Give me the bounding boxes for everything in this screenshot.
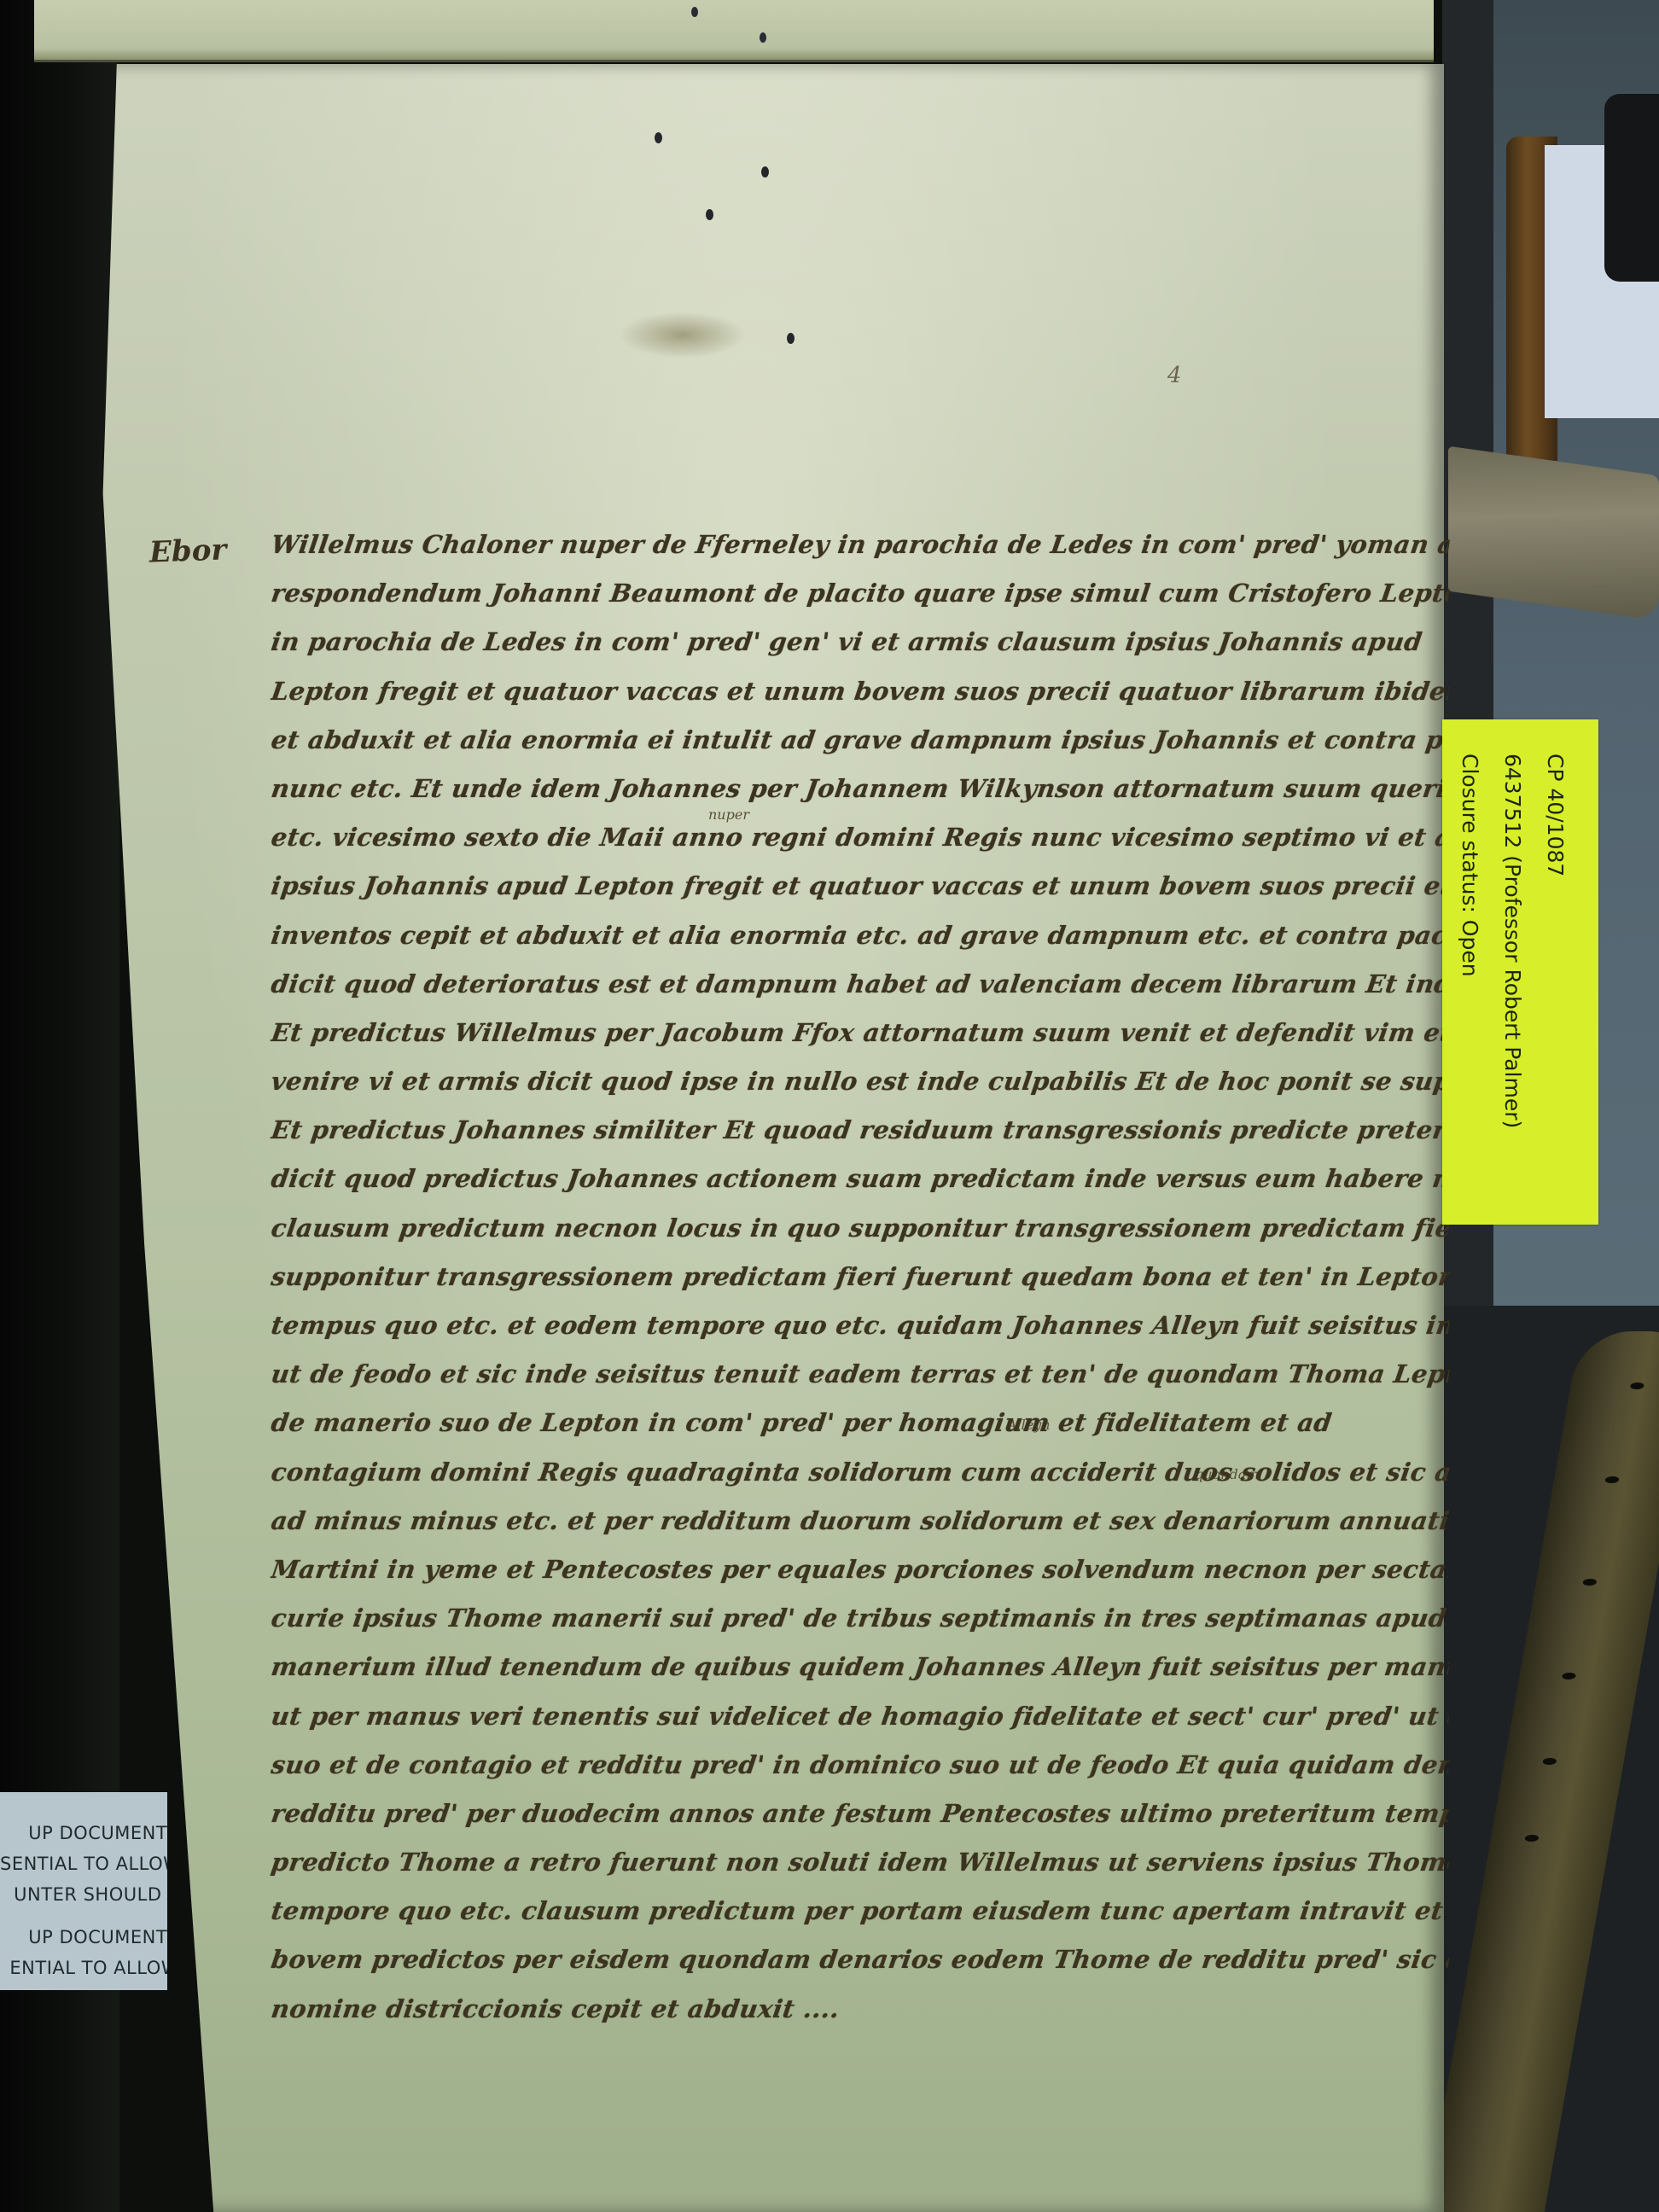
manuscript-line: bovem predictos per eisdem quondam denar…	[268, 1935, 1452, 1984]
margin-county-note: Ebor	[148, 533, 227, 569]
manuscript-line: tempore quo etc. clausum predictum per p…	[268, 1887, 1452, 1935]
manuscript-line: Martini in yeme et Pentecostes per equal…	[268, 1545, 1452, 1594]
manuscript-line: ipsius Johannis apud Lepton fregit et qu…	[268, 862, 1452, 911]
document-reference: CP 40/1087	[1534, 754, 1576, 1225]
manuscript-line: inventos cepit et abduxit et alia enormi…	[268, 911, 1452, 960]
strap-hole	[1630, 1382, 1644, 1389]
image-id-credit: 6437512 (Professor Robert Palmer)	[1491, 754, 1534, 1225]
strap-hole	[1542, 1758, 1557, 1765]
folio-number: 4	[1167, 363, 1182, 388]
notice-line: UNTER SHOULD YO	[0, 1983, 167, 1990]
manuscript-line: dicit quod predictus Johannes actionem s…	[268, 1155, 1452, 1203]
manuscript-line: supponitur transgressionem predictam fie…	[268, 1253, 1452, 1301]
manuscript-line: dicit quod deterioratus est et dampnum h…	[268, 960, 1452, 1009]
manuscript-line: in parochia de Ledes in com' pred' gen' …	[268, 618, 1452, 667]
manuscript-line: respondendum Johanni Beaumont de placito…	[268, 569, 1452, 618]
pin-hole	[761, 166, 769, 178]
manuscript-line: ut de feodo et sic inde seisitus tenuit …	[268, 1350, 1452, 1399]
manuscript-line: ut per manus veri tenentis sui videlicet…	[268, 1692, 1452, 1741]
manuscript-line: de manerio suo de Lepton in com' pred' p…	[268, 1399, 1452, 1447]
strap-hole	[1582, 1579, 1597, 1586]
manuscript-line: ad minus minus etc. et per redditum duor…	[268, 1497, 1452, 1545]
manuscript-line: suo et de contagio et redditu pred' in d…	[268, 1741, 1452, 1790]
archive-reference-label: CP 40/1087 6437512 (Professor Robert Pal…	[1442, 719, 1598, 1225]
notice-line: ENTIAL TO ALLOW	[0, 1953, 167, 1983]
strap-hole	[1524, 1835, 1539, 1842]
upper-membrane-roll	[34, 0, 1434, 62]
manuscript-line: Willelmus Chaloner nuper de Fferneley in…	[268, 521, 1452, 569]
parchment-stain	[619, 311, 747, 358]
dark-object	[1604, 94, 1659, 282]
pin-hole	[706, 209, 713, 220]
manuscript-line: venire vi et armis dicit quod ipse in nu…	[268, 1057, 1452, 1106]
manuscript-line: nunc etc. Et unde idem Johannes per Joha…	[268, 765, 1452, 813]
manuscript-line: Lepton fregit et quatuor vaccas et unum …	[268, 667, 1452, 716]
manuscript-line: redditu pred' per duodecim annos ante fe…	[268, 1790, 1452, 1838]
manuscript-line: etc. vicesimo sexto die Maii anno regni …	[268, 813, 1452, 862]
manuscript-line: tempus quo etc. et eodem tempore quo etc…	[268, 1301, 1452, 1350]
notice-line: UNTER SHOULD Y	[0, 1879, 167, 1910]
manuscript-line: Et predictus Willelmus per Jacobum Ffox …	[268, 1009, 1452, 1057]
strap-hole	[1604, 1476, 1619, 1483]
pin-hole	[787, 333, 795, 344]
folded-parchment-tag	[1448, 446, 1659, 621]
pin-hole	[691, 7, 698, 17]
manuscript-line: Et predictus Johannes similiter Et quoad…	[268, 1106, 1452, 1155]
pin-hole	[760, 32, 766, 43]
manuscript-line: nomine districcionis cepit et abduxit ..…	[268, 1985, 1452, 2034]
notice-line: UP DOCUMENTS	[0, 1818, 167, 1848]
closure-status: Closure status: Open	[1448, 754, 1491, 1225]
manuscript-line: curie ipsius Thome manerii sui pred' de …	[268, 1594, 1452, 1643]
manuscript-line: contagium domini Regis quadraginta solid…	[268, 1448, 1452, 1497]
manuscript-line: manerium illud tenendum de quibus quidem…	[268, 1643, 1452, 1691]
notice-line: UP DOCUMENTS	[0, 1922, 167, 1953]
pin-hole	[655, 132, 662, 143]
strap-hole	[1562, 1673, 1576, 1679]
plea-roll-text: Willelmus Chaloner nuper de Fferneley in…	[271, 521, 1449, 2034]
archive-label-text: CP 40/1087 6437512 (Professor Robert Pal…	[1442, 719, 1598, 1225]
manuscript-line: predicto Thome a retro fuerunt non solut…	[268, 1838, 1452, 1887]
notice-line: SENTIAL TO ALLOW	[0, 1848, 167, 1879]
manuscript-line: et abduxit et alia enormia ei intulit ad…	[268, 716, 1452, 765]
wall-notice: UP DOCUMENTS SENTIAL TO ALLOW UNTER SHOU…	[0, 1792, 167, 1990]
manuscript-line: clausum predictum necnon locus in quo su…	[268, 1204, 1452, 1253]
